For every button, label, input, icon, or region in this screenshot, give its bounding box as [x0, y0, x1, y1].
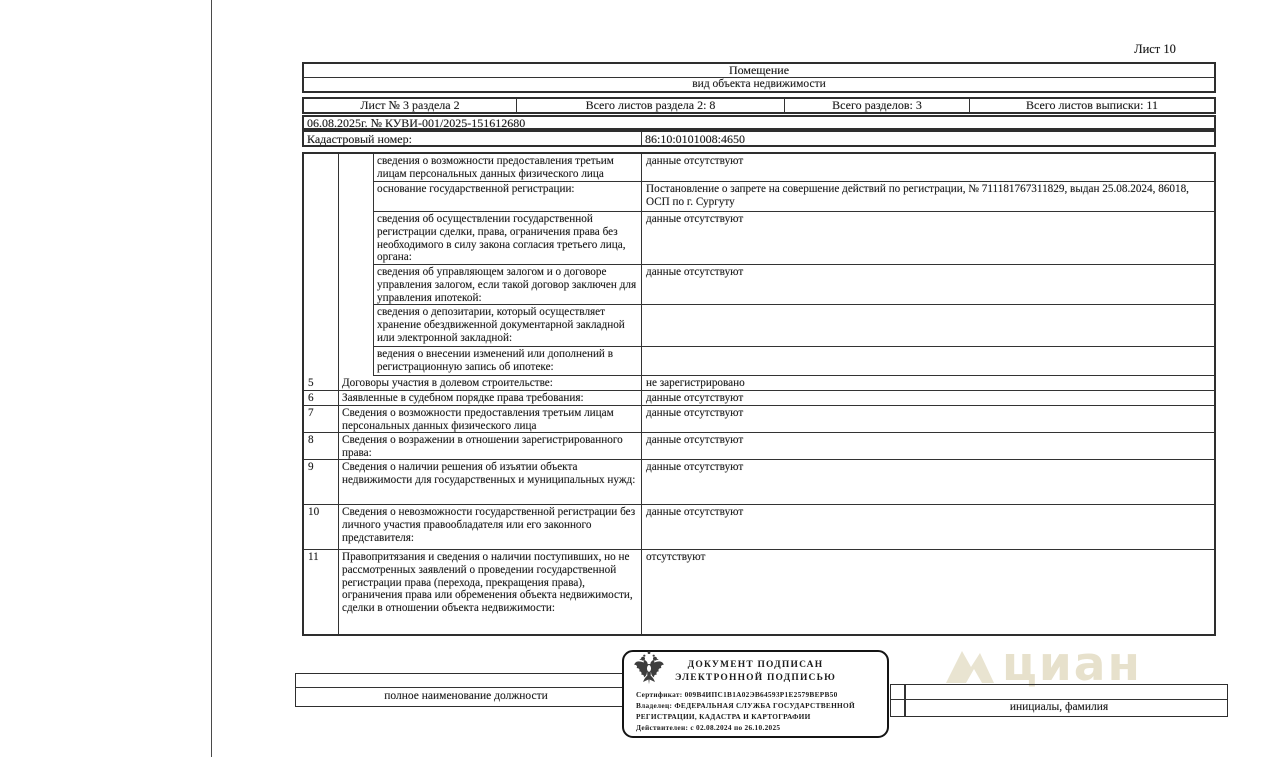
sheet-info-cell: Лист № 3 раздела 2 [304, 99, 517, 112]
position-signature-block: полное наименование должности [295, 673, 637, 707]
sheet-info-cell: Всего листов выписки: 11 [970, 99, 1214, 112]
row-label: основание государственной регистрации: [374, 182, 642, 212]
row-number: 6 [304, 391, 339, 406]
row-label: Правопритязания и сведения о наличии пос… [339, 550, 642, 634]
row-value: данные отсутствуют [642, 154, 1214, 182]
row-value: отсутствуют [642, 550, 1214, 634]
row-number: 10 [304, 505, 339, 550]
object-type-box: Помещение вид объекта недвижимости [302, 62, 1216, 93]
row-value: не зарегистрировано [642, 376, 1214, 391]
name-signature-block: инициалы, фамилия [890, 684, 1228, 717]
row-number: 9 [304, 460, 339, 505]
row-value: данные отсутствуют [642, 505, 1214, 550]
cadastral-number-row: Кадастровый номер: 86:10:0101008:4650 [302, 130, 1216, 147]
row-value: данные отсутствуют [642, 265, 1214, 305]
cadastral-label: Кадастровый номер: [304, 132, 642, 145]
row-value [642, 305, 1214, 347]
row-number: 5 [304, 376, 339, 391]
spacer-column [339, 154, 374, 376]
signature-line [891, 685, 1227, 700]
row-label: ведения о внесении изменений или дополне… [374, 347, 642, 376]
row-label: сведения об осуществлении государственно… [374, 212, 642, 265]
row-number: 8 [304, 433, 339, 460]
stamp-owner-line2: РЕГИСТРАЦИИ, КАДАСТРА И КАРТОГРАФИИ [624, 711, 887, 722]
main-table: сведения о возможности предоставления тр… [302, 152, 1216, 636]
row-value: данные отсутствуют [642, 460, 1214, 505]
divider [904, 685, 906, 716]
cadastral-value: 86:10:0101008:4650 [642, 132, 1214, 145]
object-type: Помещение [304, 64, 1214, 78]
row-label: Сведения о наличии решения об изъятии об… [339, 460, 642, 505]
row-label: сведения о депозитарии, который осуществ… [374, 305, 642, 347]
row-label: Сведения о невозможности государственной… [339, 505, 642, 550]
spacer-column [304, 154, 339, 376]
row-label: сведения о возможности предоставления тр… [374, 154, 642, 182]
row-label: Заявленные в судебном порядке права треб… [339, 391, 642, 406]
cian-logo-icon [944, 643, 996, 685]
row-number: 7 [304, 406, 339, 433]
sheet-number-label: Лист 10 [1120, 42, 1190, 57]
row-label: Сведения о возможности предоставления тр… [339, 406, 642, 433]
scan-edge-line [211, 0, 212, 757]
row-value: данные отсутствуют [642, 433, 1214, 460]
row-label: Сведения о возражении в отношении зареги… [339, 433, 642, 460]
stamp-certificate: Сертификат: 009В4ИПС1В1А02ЭВ64593Р1Е2579… [624, 689, 887, 700]
row-value [642, 347, 1214, 376]
row-value: Постановление о запрете на совершение де… [642, 182, 1214, 212]
sheets-info-row: Лист № 3 раздела 2 Всего листов раздела … [302, 97, 1216, 114]
row-number: 11 [304, 550, 339, 634]
row-value: данные отсутствуют [642, 391, 1214, 406]
position-caption: полное наименование должности [296, 688, 636, 704]
stamp-owner-line1: Владелец: ФЕДЕРАЛЬНАЯ СЛУЖБА ГОСУДАРСТВЕ… [624, 700, 887, 711]
row-label: сведения об управляющем залогом и о дого… [374, 265, 642, 305]
sheet-info-cell: Всего разделов: 3 [785, 99, 970, 112]
numbered-rows: 5 Договоры участия в долевом строительст… [304, 376, 1214, 634]
digital-signature-stamp: ДОКУМЕНТ ПОДПИСАН ЭЛЕКТРОННОЙ ПОДПИСЬЮ С… [622, 650, 889, 738]
extract-date-number: 06.08.2025г. № КУВИ-001/2025-151612680 [302, 115, 1216, 130]
stamp-validity: Действителен: с 02.08.2024 по 26.10.2025 [624, 722, 887, 733]
coat-of-arms-icon [632, 649, 666, 687]
row-value: данные отсутствуют [642, 212, 1214, 265]
sheet-info-cell: Всего листов раздела 2: 8 [517, 99, 785, 112]
row-label: Договоры участия в долевом строительстве… [339, 376, 642, 391]
signature-line [296, 674, 636, 688]
object-type-caption: вид объекта недвижимости [304, 78, 1214, 91]
row-value: данные отсутствуют [642, 406, 1214, 433]
continuation-rows: сведения о возможности предоставления тр… [304, 154, 1214, 376]
name-caption: инициалы, фамилия [891, 700, 1227, 715]
